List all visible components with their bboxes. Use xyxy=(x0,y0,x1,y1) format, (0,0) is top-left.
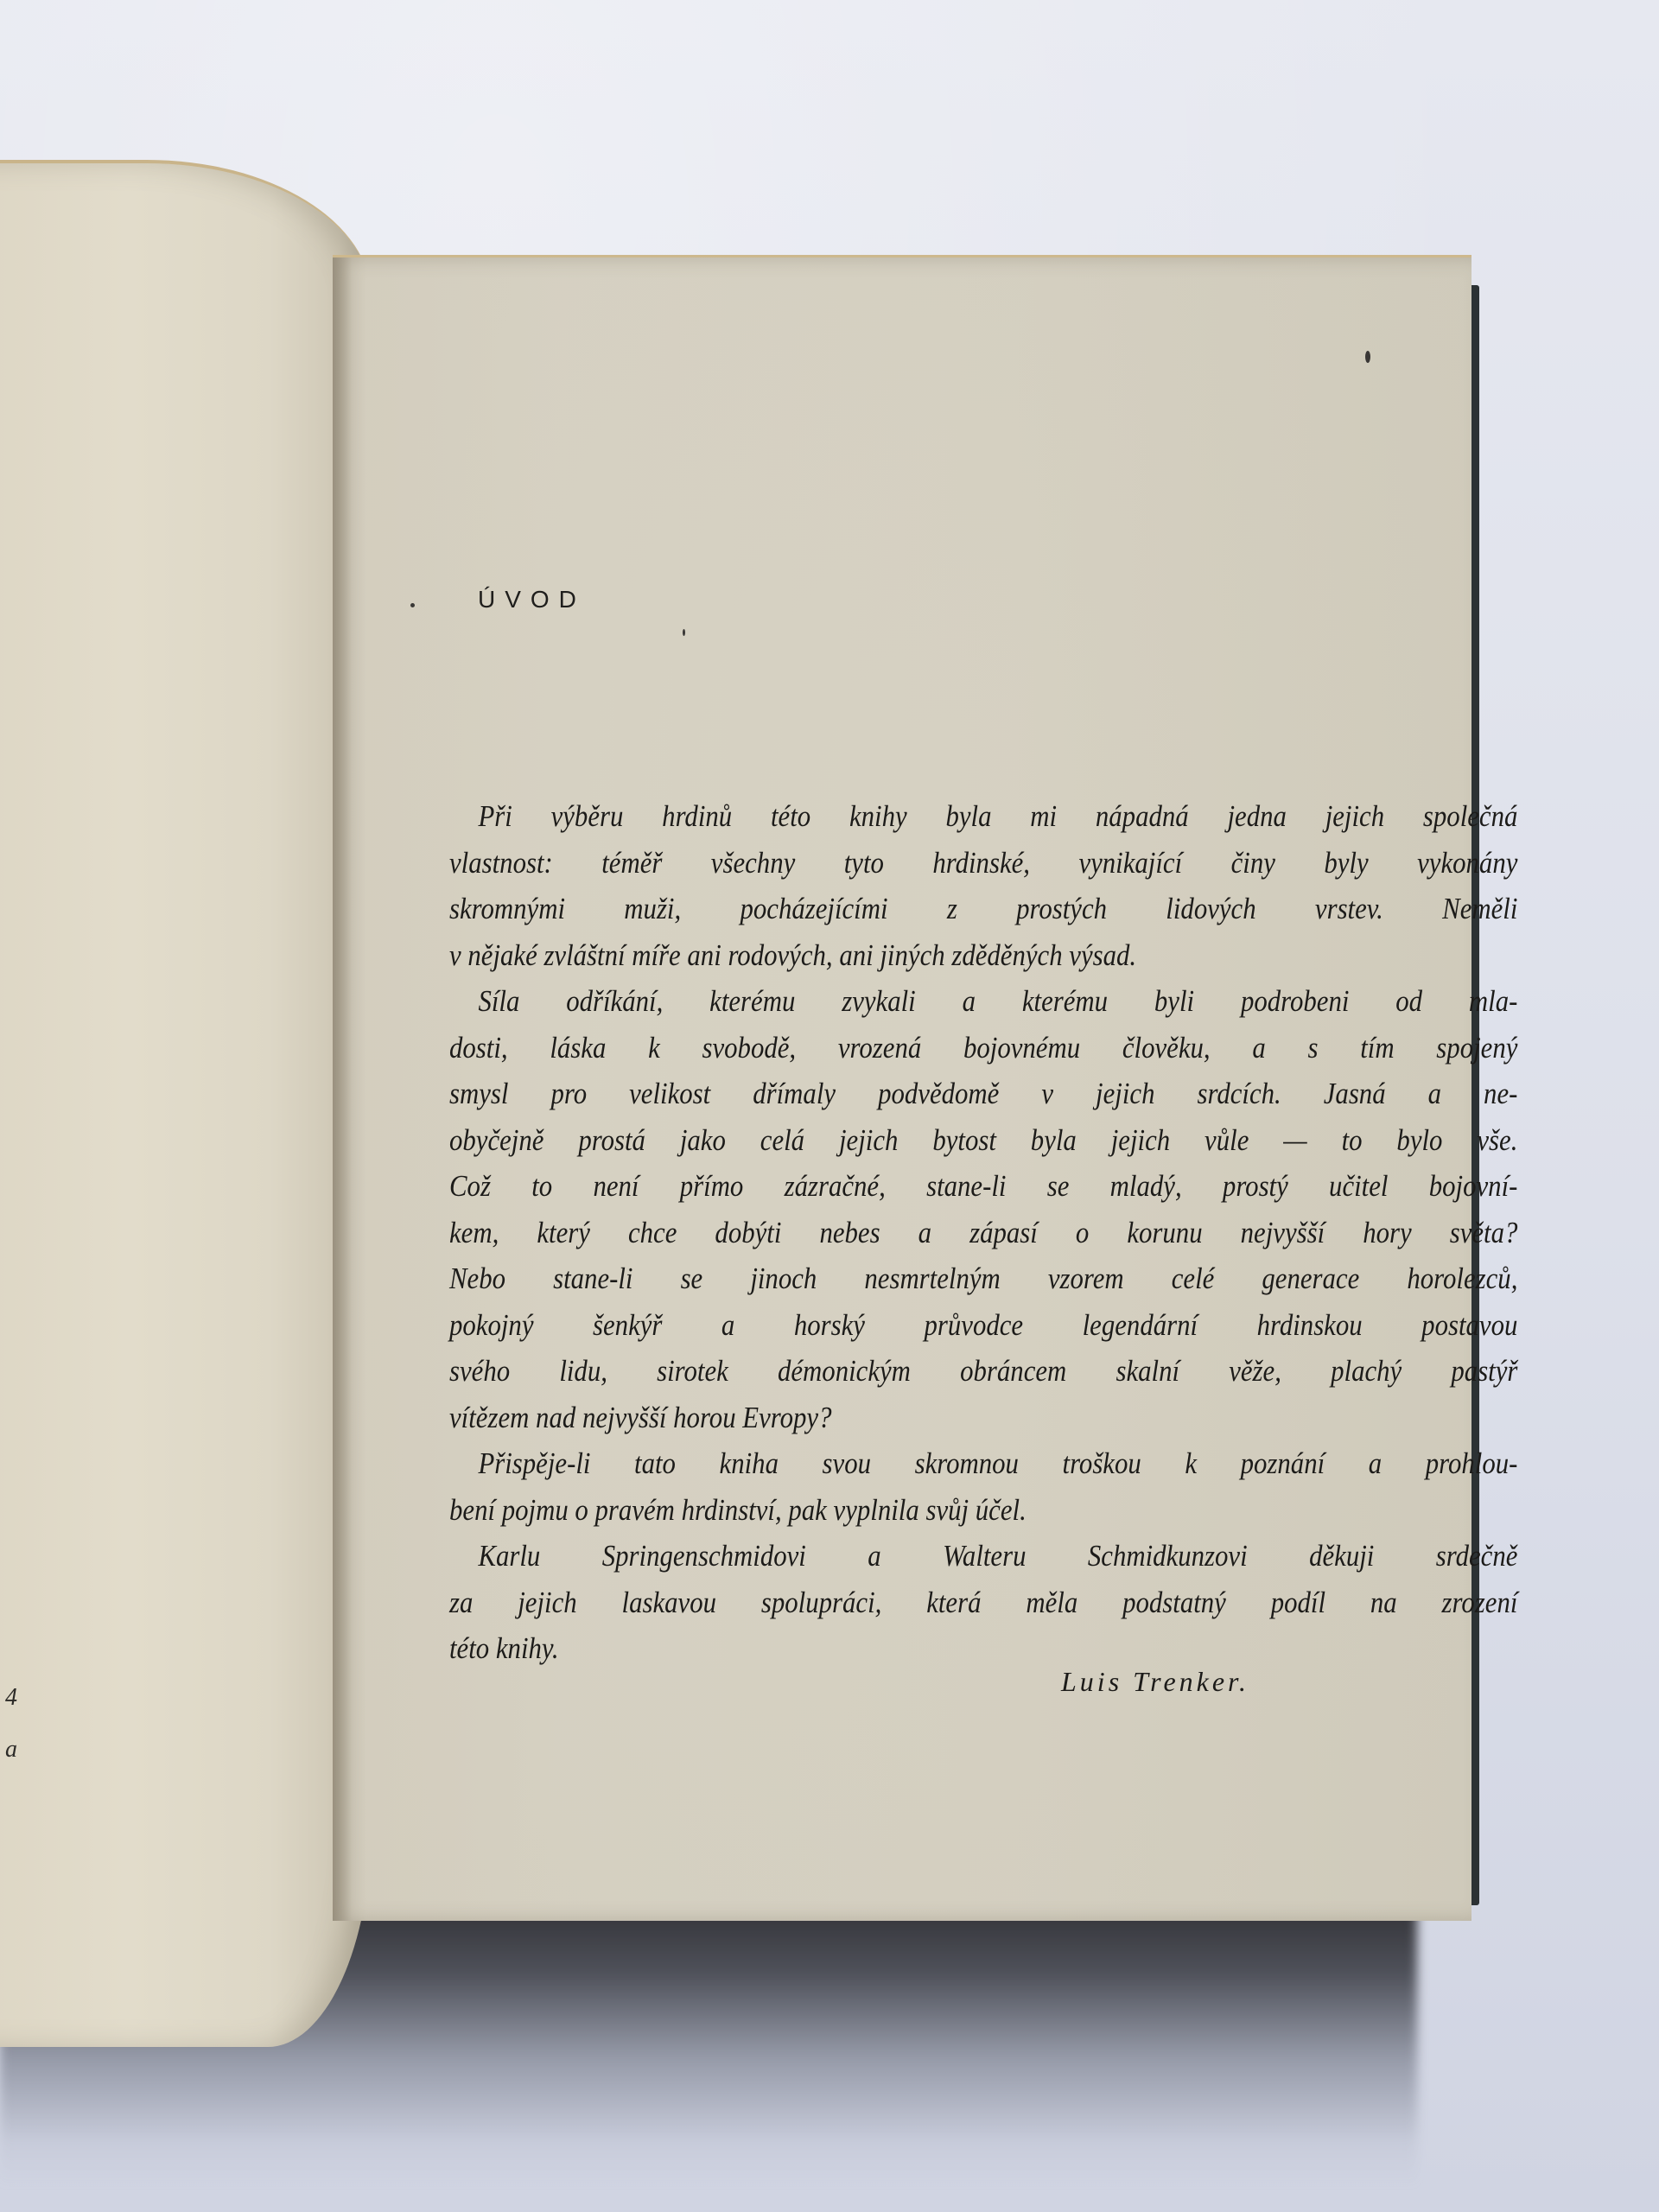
text-line: za jejich laskavou spolupráci, která měl… xyxy=(449,1580,1517,1626)
text-line: kem, který chce dobýti nebes a zápasí o … xyxy=(449,1210,1517,1256)
paper-speck xyxy=(1365,351,1370,363)
author-signature: Luis Trenker. xyxy=(1061,1666,1249,1698)
body-text: Při výběru hrdinů této knihy byla mi náp… xyxy=(449,793,1517,1672)
text-line: skromnými muži, pocházejícími z prostých… xyxy=(449,886,1517,932)
paper-speck xyxy=(410,603,415,607)
text-line: pokojný šenkýř a horský průvodce legendá… xyxy=(449,1302,1517,1349)
text-line: vlastnost: téměř všechny tyto hrdinské, … xyxy=(449,840,1517,887)
right-page: ÚVOD Při výběru hrdinů této knihy byla m… xyxy=(333,255,1471,1921)
text-line: Nebo stane-li se jinoch nesmrtelným vzor… xyxy=(449,1255,1517,1302)
text-line: smysl pro velikost dřímaly podvědomě v j… xyxy=(449,1071,1517,1117)
left-page-fragment: 4 xyxy=(5,1684,17,1712)
chapter-title: ÚVOD xyxy=(478,586,586,613)
text-line: Síla odříkání, kterému zvykali a kterému… xyxy=(449,978,1517,1025)
page-gutter xyxy=(333,257,352,1921)
text-line: této knihy. xyxy=(449,1625,1517,1672)
text-line: Což to není přímo zázračné, stane-li se … xyxy=(449,1163,1517,1210)
text-line: svého lidu, sirotek démonickým obráncem … xyxy=(449,1348,1517,1395)
paper-speck xyxy=(683,629,685,636)
text-line: Karlu Springenschmidovi a Walteru Schmid… xyxy=(449,1533,1517,1580)
text-line: obyčejně prostá jako celá jejich bytost … xyxy=(449,1117,1517,1164)
text-line: Přispěje-li tato kniha svou skromnou tro… xyxy=(449,1440,1517,1487)
left-page-fragment: a xyxy=(5,1736,17,1764)
text-line: dosti, láska k svobodě, vrozená bojovném… xyxy=(449,1025,1517,1071)
text-line: v nějaké zvláštní míře ani rodových, ani… xyxy=(449,932,1517,979)
text-line: vítězem nad nejvyšší horou Evropy? xyxy=(449,1395,1517,1441)
left-page: 4 a xyxy=(0,160,372,2047)
text-line: bení pojmu o pravém hrdinství, pak vypln… xyxy=(449,1487,1517,1534)
text-line: Při výběru hrdinů této knihy byla mi náp… xyxy=(449,793,1517,840)
